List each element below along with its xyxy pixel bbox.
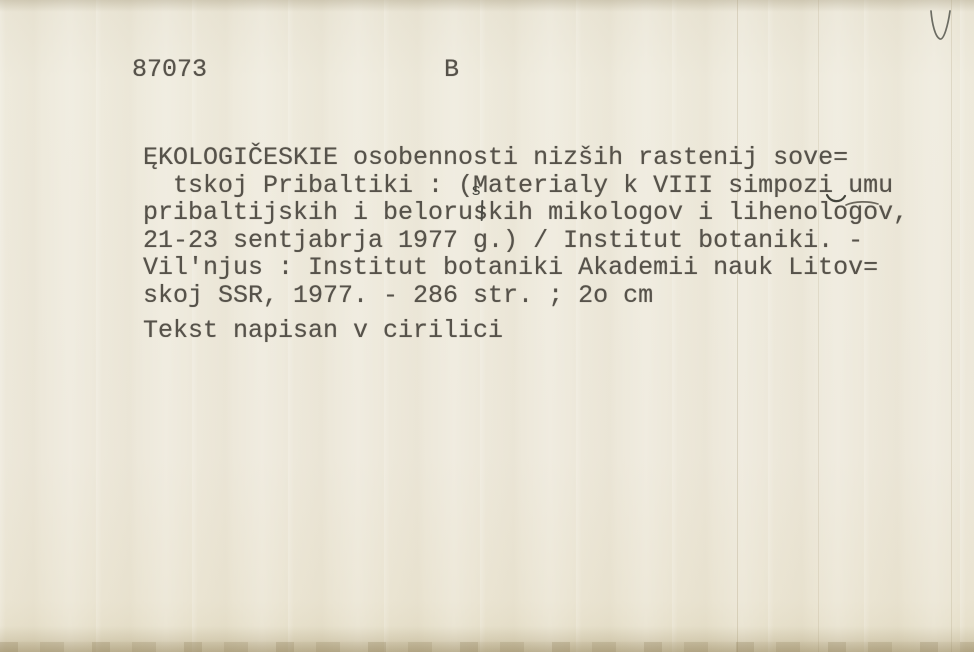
entry-line: skoj SSR, 1977. - 286 str. ; 2o cm: [143, 282, 908, 310]
paper-crease: [737, 0, 738, 652]
section-letter: B: [444, 56, 459, 84]
entry-line: tskoj Pribaltiki : (Materialy k VIII sim…: [143, 172, 908, 200]
catalog-card: 87073 B ĘKOLOGIČESKIE osobennosti nizših…: [0, 0, 974, 652]
card-top-edge-shadow: [0, 0, 974, 12]
card-bottom-edge-texture: [0, 642, 974, 652]
entry-line: pribaltijskih i beloruskih mikologov i l…: [143, 199, 908, 227]
paper-crease: [951, 0, 952, 652]
entry-line: ĘKOLOGIČESKIE osobennosti nizših rasteni…: [143, 144, 908, 172]
paper-crease: [818, 0, 819, 652]
handwritten-overline-mark: [844, 195, 880, 213]
handwritten-checkmark-icon: [927, 8, 953, 51]
language-note: Tekst napisan v cirilici: [143, 317, 503, 345]
bibliographic-entry: ĘKOLOGIČESKIE osobennosti nizših rasteni…: [143, 144, 908, 309]
entry-line: 21-23 sentjabrja 1977 g.) / Institut bot…: [143, 227, 908, 255]
handwritten-inserted-letter: s: [471, 183, 481, 200]
entry-line: Vil'njus : Institut botaniki Akademii na…: [143, 254, 908, 282]
call-number: 87073: [132, 56, 207, 84]
